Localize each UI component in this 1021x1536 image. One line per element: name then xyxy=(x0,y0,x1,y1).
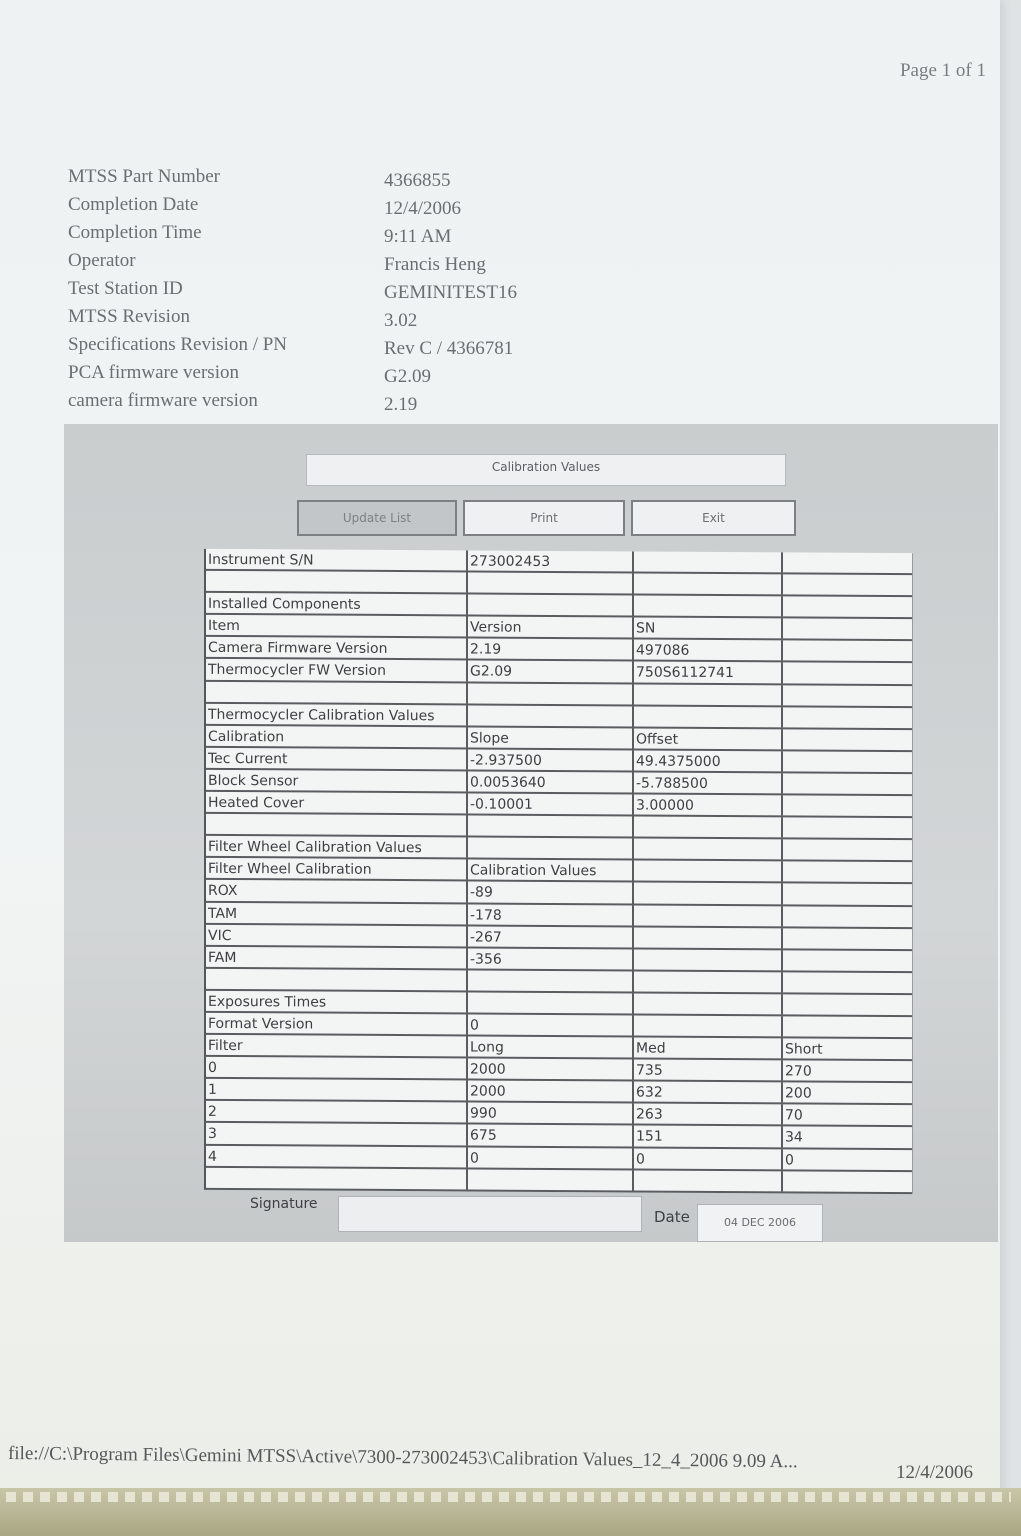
grid-cell[interactable] xyxy=(783,729,912,750)
grid-cell[interactable]: 2.19 xyxy=(468,639,634,660)
grid-cell[interactable]: Version xyxy=(468,617,634,638)
printed-page: Page 1 of 1 MTSS Part Number4366855Compl… xyxy=(0,0,1000,1505)
grid-cell[interactable] xyxy=(634,706,783,727)
grid-cell[interactable]: 151 xyxy=(634,1126,783,1147)
grid-cell[interactable]: 3.00000 xyxy=(634,794,783,815)
print-button[interactable]: Print xyxy=(463,500,625,536)
grid-cell[interactable]: 0 xyxy=(468,1014,634,1035)
grid-row xyxy=(206,1167,912,1193)
grid-cell[interactable]: 49.4375000 xyxy=(634,750,783,771)
meta-label: MTSS Revision xyxy=(68,306,368,328)
grid-cell[interactable] xyxy=(783,906,912,927)
grid-cell[interactable]: Camera Firmware Version xyxy=(206,637,468,659)
grid-cell[interactable] xyxy=(634,684,783,705)
meta-value: 12/4/2006 xyxy=(384,198,461,220)
footer-date: 12/4/2006 xyxy=(896,1462,973,1484)
grid-cell[interactable]: 990 xyxy=(468,1103,634,1124)
grid-cell[interactable]: Filter xyxy=(206,1035,468,1057)
grid-cell[interactable]: TAM xyxy=(206,902,468,924)
grid-cell[interactable]: G2.09 xyxy=(468,661,634,682)
grid-cell[interactable]: SN xyxy=(634,618,783,639)
date-field[interactable]: 04 DEC 2006 xyxy=(697,1204,823,1242)
grid-cell[interactable] xyxy=(783,773,912,794)
grid-cell[interactable] xyxy=(783,840,912,861)
grid-cell[interactable]: -267 xyxy=(468,926,634,947)
grid-cell[interactable]: -356 xyxy=(468,948,634,969)
meta-label: Completion Time xyxy=(68,222,368,244)
grid-cell[interactable]: Item xyxy=(206,615,468,637)
grid-cell[interactable] xyxy=(468,970,634,991)
grid-cell[interactable]: Short xyxy=(783,1038,912,1059)
grid-cell[interactable]: Slope xyxy=(468,727,634,748)
meta-label: PCA firmware version xyxy=(68,362,368,384)
grid-cell[interactable]: Instrument S/N xyxy=(206,549,468,571)
grid-cell[interactable] xyxy=(634,971,783,992)
page-indicator: Page 1 of 1 xyxy=(900,60,986,82)
grid-cell[interactable] xyxy=(634,551,783,572)
grid-cell[interactable] xyxy=(634,596,783,617)
grid-cell[interactable]: 497086 xyxy=(634,640,783,661)
grid-cell[interactable] xyxy=(206,1167,468,1189)
grid-cell[interactable]: Format Version xyxy=(206,1013,468,1035)
grid-cell[interactable] xyxy=(206,814,468,836)
grid-cell[interactable]: 675 xyxy=(468,1125,634,1146)
grid-cell[interactable]: 70 xyxy=(783,1105,912,1126)
grid-cell[interactable]: VIC xyxy=(206,924,468,946)
grid-cell[interactable]: 3 xyxy=(206,1123,468,1145)
grid-cell[interactable]: 273002453 xyxy=(468,550,634,571)
grid-cell[interactable]: 200 xyxy=(783,1083,912,1104)
signature-field[interactable] xyxy=(338,1196,642,1232)
grid-cell[interactable] xyxy=(783,817,912,838)
grid-cell[interactable]: Med xyxy=(634,1038,783,1059)
meta-value: 3.02 xyxy=(384,310,417,332)
grid-cell[interactable]: Calibration Values xyxy=(468,860,634,881)
grid-cell[interactable] xyxy=(206,571,468,593)
meta-label: Completion Date xyxy=(68,194,368,216)
grid-cell[interactable] xyxy=(206,969,468,991)
grid-cell[interactable]: 0 xyxy=(783,1149,912,1170)
grid-cell[interactable] xyxy=(783,574,912,595)
grid-cell[interactable]: -2.937500 xyxy=(468,749,634,770)
grid-cell[interactable]: FAM xyxy=(206,947,468,969)
grid-cell[interactable]: 0 xyxy=(634,1148,783,1169)
grid-cell[interactable]: 2 xyxy=(206,1101,468,1123)
grid-cell[interactable] xyxy=(634,1170,783,1191)
grid-cell[interactable] xyxy=(783,597,912,618)
grid-cell[interactable]: -89 xyxy=(468,882,634,903)
grid-cell[interactable] xyxy=(783,1016,912,1037)
grid-cell[interactable] xyxy=(634,905,783,926)
grid-cell[interactable]: Tec Current xyxy=(206,748,468,770)
meta-value: GEMINITEST16 xyxy=(384,282,517,304)
meta-label: Operator xyxy=(68,250,368,272)
grid-cell[interactable]: 263 xyxy=(634,1104,783,1125)
grid-cell[interactable] xyxy=(783,751,912,772)
meta-value: G2.09 xyxy=(384,366,431,388)
grid-cell[interactable]: 34 xyxy=(783,1127,912,1148)
grid-cell[interactable]: 0 xyxy=(206,1057,468,1079)
grid-cell[interactable]: Filter Wheel Calibration Values xyxy=(206,836,468,858)
grid-cell[interactable] xyxy=(634,861,783,882)
grid-cell[interactable] xyxy=(783,707,912,728)
grid-cell[interactable] xyxy=(206,681,468,703)
grid-cell[interactable]: 1 xyxy=(206,1079,468,1101)
grid-cell[interactable]: 4 xyxy=(206,1145,468,1167)
meta-value: 9:11 AM xyxy=(384,226,451,248)
grid-cell[interactable] xyxy=(468,595,634,616)
grid-cell[interactable]: 2000 xyxy=(468,1059,634,1080)
grid-cell[interactable] xyxy=(468,683,634,704)
date-label: Date xyxy=(654,1208,690,1226)
calibration-grid: Instrument S/N273002453Installed Compone… xyxy=(204,549,913,1194)
signature-label: Signature xyxy=(250,1196,318,1212)
grid-cell[interactable] xyxy=(634,839,783,860)
grid-cell[interactable] xyxy=(468,573,634,594)
grid-cell[interactable]: -5.788500 xyxy=(634,772,783,793)
grid-cell[interactable]: 2000 xyxy=(468,1081,634,1102)
grid-cell[interactable] xyxy=(783,928,912,949)
grid-cell[interactable]: Thermocycler FW Version xyxy=(206,659,468,681)
grid-cell[interactable] xyxy=(634,949,783,970)
grid-cell[interactable] xyxy=(783,884,912,905)
grid-cell[interactable] xyxy=(783,663,912,684)
grid-cell[interactable]: Exposures Times xyxy=(206,991,468,1013)
grid-cell[interactable]: Thermocycler Calibration Values xyxy=(206,704,468,726)
grid-cell[interactable]: 0 xyxy=(468,1147,634,1168)
binder-holes xyxy=(6,1492,1011,1502)
grid-cell[interactable] xyxy=(783,552,912,573)
meta-value: Francis Heng xyxy=(384,254,486,276)
grid-cell[interactable] xyxy=(783,950,912,971)
grid-cell[interactable]: Filter Wheel Calibration xyxy=(206,858,468,880)
grid-cell[interactable] xyxy=(634,1015,783,1036)
grid-cell[interactable] xyxy=(783,685,912,706)
grid-cell[interactable]: -178 xyxy=(468,904,634,925)
grid-cell[interactable]: Long xyxy=(468,1037,634,1058)
grid-cell[interactable] xyxy=(783,994,912,1015)
grid-cell[interactable] xyxy=(468,838,634,859)
grid-cell[interactable]: Block Sensor xyxy=(206,770,468,792)
grid-cell[interactable] xyxy=(783,862,912,883)
grid-cell[interactable]: -0.10001 xyxy=(468,793,634,814)
grid-cell[interactable]: 750S6112741 xyxy=(634,662,783,683)
grid-cell[interactable]: Heated Cover xyxy=(206,792,468,814)
grid-cell[interactable]: ROX xyxy=(206,880,468,902)
meta-label: Test Station ID xyxy=(68,278,368,300)
grid-cell[interactable] xyxy=(468,1169,634,1190)
grid-cell[interactable]: 735 xyxy=(634,1060,783,1081)
grid-cell[interactable] xyxy=(468,992,634,1013)
grid-cell[interactable]: Offset xyxy=(634,728,783,749)
window-title: Calibration Values xyxy=(306,454,786,486)
grid-cell[interactable] xyxy=(783,972,912,993)
grid-cell[interactable]: 0.0053640 xyxy=(468,771,634,792)
update-list-button[interactable]: Update List xyxy=(297,500,457,536)
meta-value: 4366855 xyxy=(384,170,451,192)
grid-cell[interactable] xyxy=(634,883,783,904)
exit-button[interactable]: Exit xyxy=(631,500,796,536)
calibration-window: Calibration Values Update List Print Exi… xyxy=(64,424,998,1242)
meta-value: Rev C / 4366781 xyxy=(384,338,513,360)
grid-cell[interactable]: 270 xyxy=(783,1061,912,1082)
grid-cell[interactable]: Installed Components xyxy=(206,593,468,615)
grid-cell[interactable] xyxy=(783,1171,912,1192)
grid-cell[interactable] xyxy=(468,816,634,837)
grid-cell[interactable] xyxy=(634,927,783,948)
grid-cell[interactable]: 632 xyxy=(634,1082,783,1103)
grid-cell[interactable] xyxy=(783,641,912,662)
meta-value: 2.19 xyxy=(384,394,417,416)
meta-label: Specifications Revision / PN xyxy=(68,334,368,356)
footer-file-path: file://C:\Program Files\Gemini MTSS\Acti… xyxy=(8,1443,798,1473)
grid-cell[interactable] xyxy=(634,993,783,1014)
grid-cell[interactable] xyxy=(468,705,634,726)
grid-cell[interactable] xyxy=(634,817,783,838)
grid-cell[interactable] xyxy=(634,574,783,595)
meta-label: camera firmware version xyxy=(68,390,368,412)
grid-cell[interactable] xyxy=(783,795,912,816)
grid-cell[interactable] xyxy=(783,619,912,640)
grid-cell[interactable]: Calibration xyxy=(206,726,468,748)
meta-label: MTSS Part Number xyxy=(68,166,368,188)
